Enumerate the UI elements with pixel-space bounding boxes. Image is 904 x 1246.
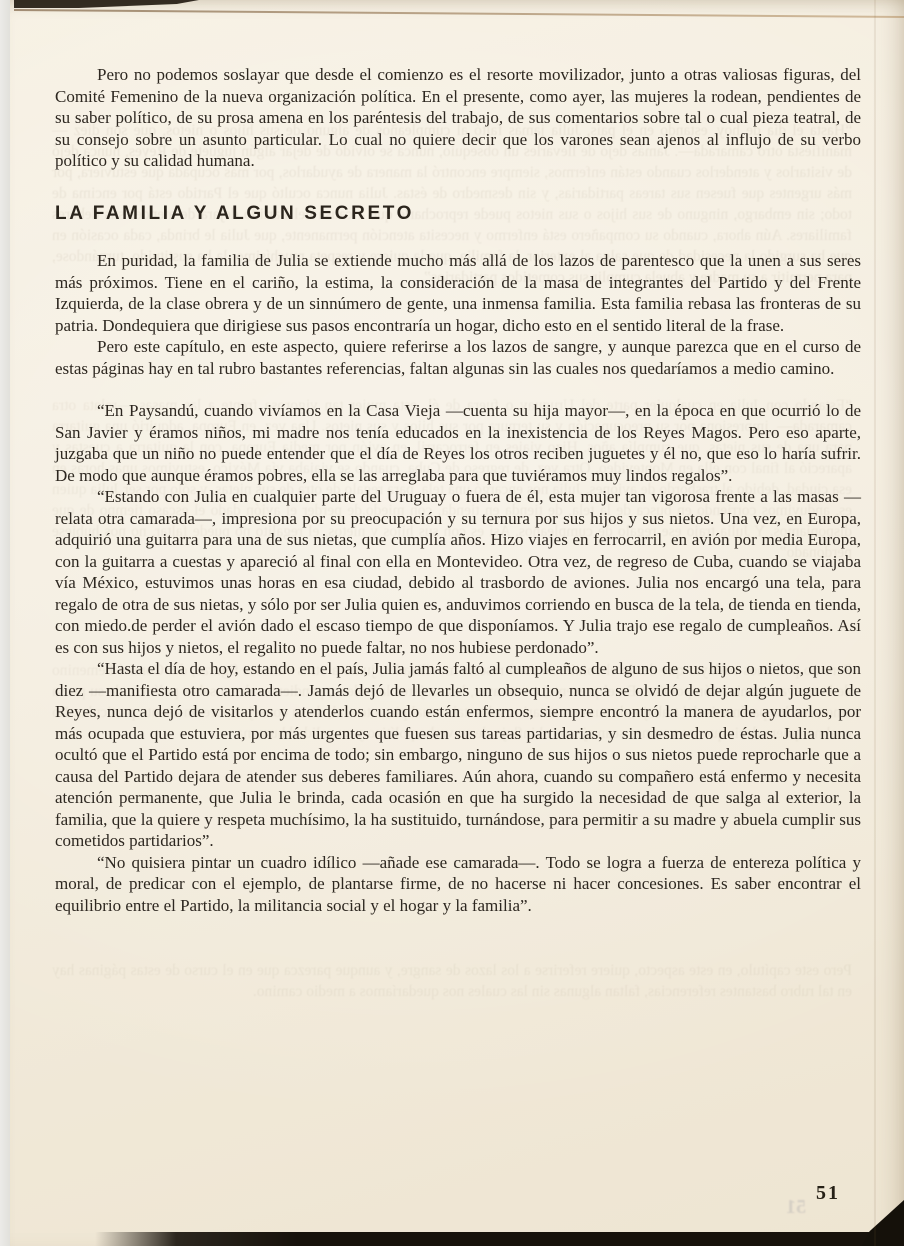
text-column: Pero no podemos soslayar que desde el co… bbox=[55, 64, 861, 916]
quote-paragraph-estando-con-julia: “Estando con Julia en cualquier parte de… bbox=[55, 486, 861, 658]
paragraph-intro: Pero no podemos soslayar que desde el co… bbox=[55, 64, 861, 172]
bottom-right-corner-shadow bbox=[862, 1200, 904, 1246]
bleedthrough-text: Pero este capítulo, en este aspecto, qui… bbox=[52, 960, 852, 1160]
scanned-page: “Hasta el día de hoy, estando en el país… bbox=[0, 0, 904, 1246]
paragraph-pero-este-capitulo: Pero este capítulo, en este aspecto, qui… bbox=[55, 336, 861, 379]
quote-paragraph-hasta-el-dia: “Hasta el día de hoy, estando en el país… bbox=[55, 658, 861, 852]
page-number: 51 bbox=[816, 1182, 840, 1205]
bleedthrough-page-number: 51 bbox=[786, 1196, 806, 1219]
quote-paragraph-paysandu: “En Paysandú, cuando vivíamos en la Casa… bbox=[55, 400, 861, 486]
paragraph-en-puridad: En puridad, la familia de Julia se extie… bbox=[55, 250, 861, 336]
page-top-edge-line bbox=[14, 9, 904, 18]
section-heading: LA FAMILIA Y ALGUN SECRETO bbox=[55, 203, 861, 225]
scanner-bed-edge bbox=[0, 0, 10, 1246]
quote-paragraph-no-quisiera: “No quisiera pintar un cuadro idílico —a… bbox=[55, 852, 861, 917]
book-page: “Hasta el día de hoy, estando en el país… bbox=[10, 0, 904, 1246]
top-left-corner-shadow bbox=[14, 0, 199, 8]
bottom-scan-shadow bbox=[95, 1232, 904, 1246]
